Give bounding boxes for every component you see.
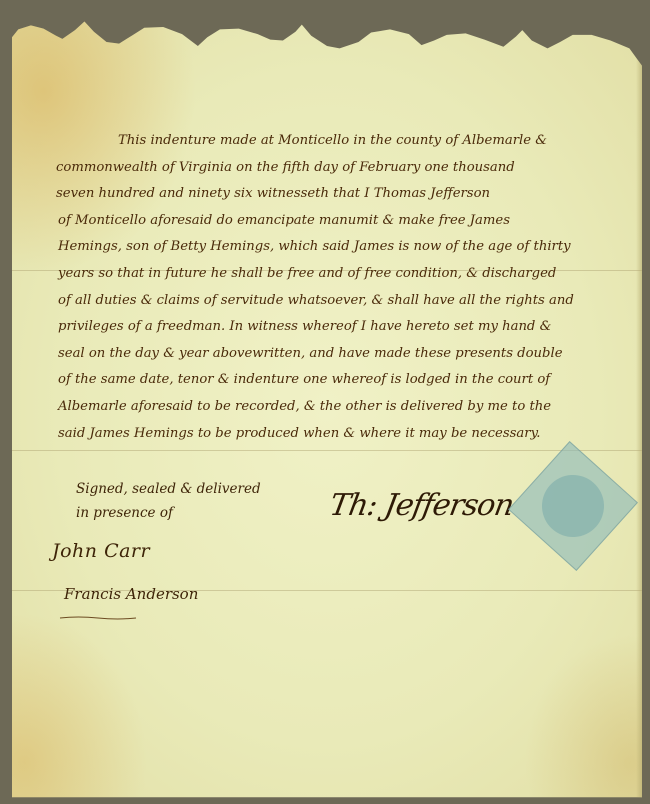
body-line: Albemarle aforesaid to be recorded, & th…	[58, 394, 624, 421]
paper-edge-shadow	[636, 12, 642, 802]
body-line: Hemings, son of Betty Hemings, which sai…	[58, 234, 624, 261]
body-line: years so that in future he shall be free…	[58, 261, 624, 288]
attestation-line: Signed, sealed & delivered	[76, 477, 261, 501]
witness-signature: Francis Anderson	[64, 585, 198, 603]
body-line: of the same date, tenor & indenture one …	[58, 367, 624, 394]
indenture-body: This indenture made at Monticello in the…	[64, 128, 624, 447]
paper-fold-line	[12, 450, 642, 451]
body-line: seal on the day & year abovewritten, and…	[58, 341, 624, 368]
flourish-mark	[58, 615, 138, 621]
body-line: of all duties & claims of servitude what…	[58, 288, 624, 315]
body-line: of Monticello aforesaid do emancipate ma…	[58, 208, 624, 235]
body-line: This indenture made at Monticello in the…	[64, 128, 624, 155]
jefferson-signature: Th: Jefferson	[327, 488, 516, 523]
body-line: said James Hemings to be produced when &…	[58, 421, 624, 448]
witness-signature: John Carr	[52, 540, 150, 562]
attestation-line: in presence of	[76, 501, 261, 525]
body-line: commonwealth of Virginia on the fifth da…	[56, 155, 624, 182]
seal-impression	[529, 462, 617, 550]
body-line: seven hundred and ninety six witnesseth …	[56, 181, 624, 208]
attestation-clause: Signed, sealed & delivered in presence o…	[76, 477, 261, 525]
body-line: privileges of a freedman. In witness whe…	[58, 314, 624, 341]
